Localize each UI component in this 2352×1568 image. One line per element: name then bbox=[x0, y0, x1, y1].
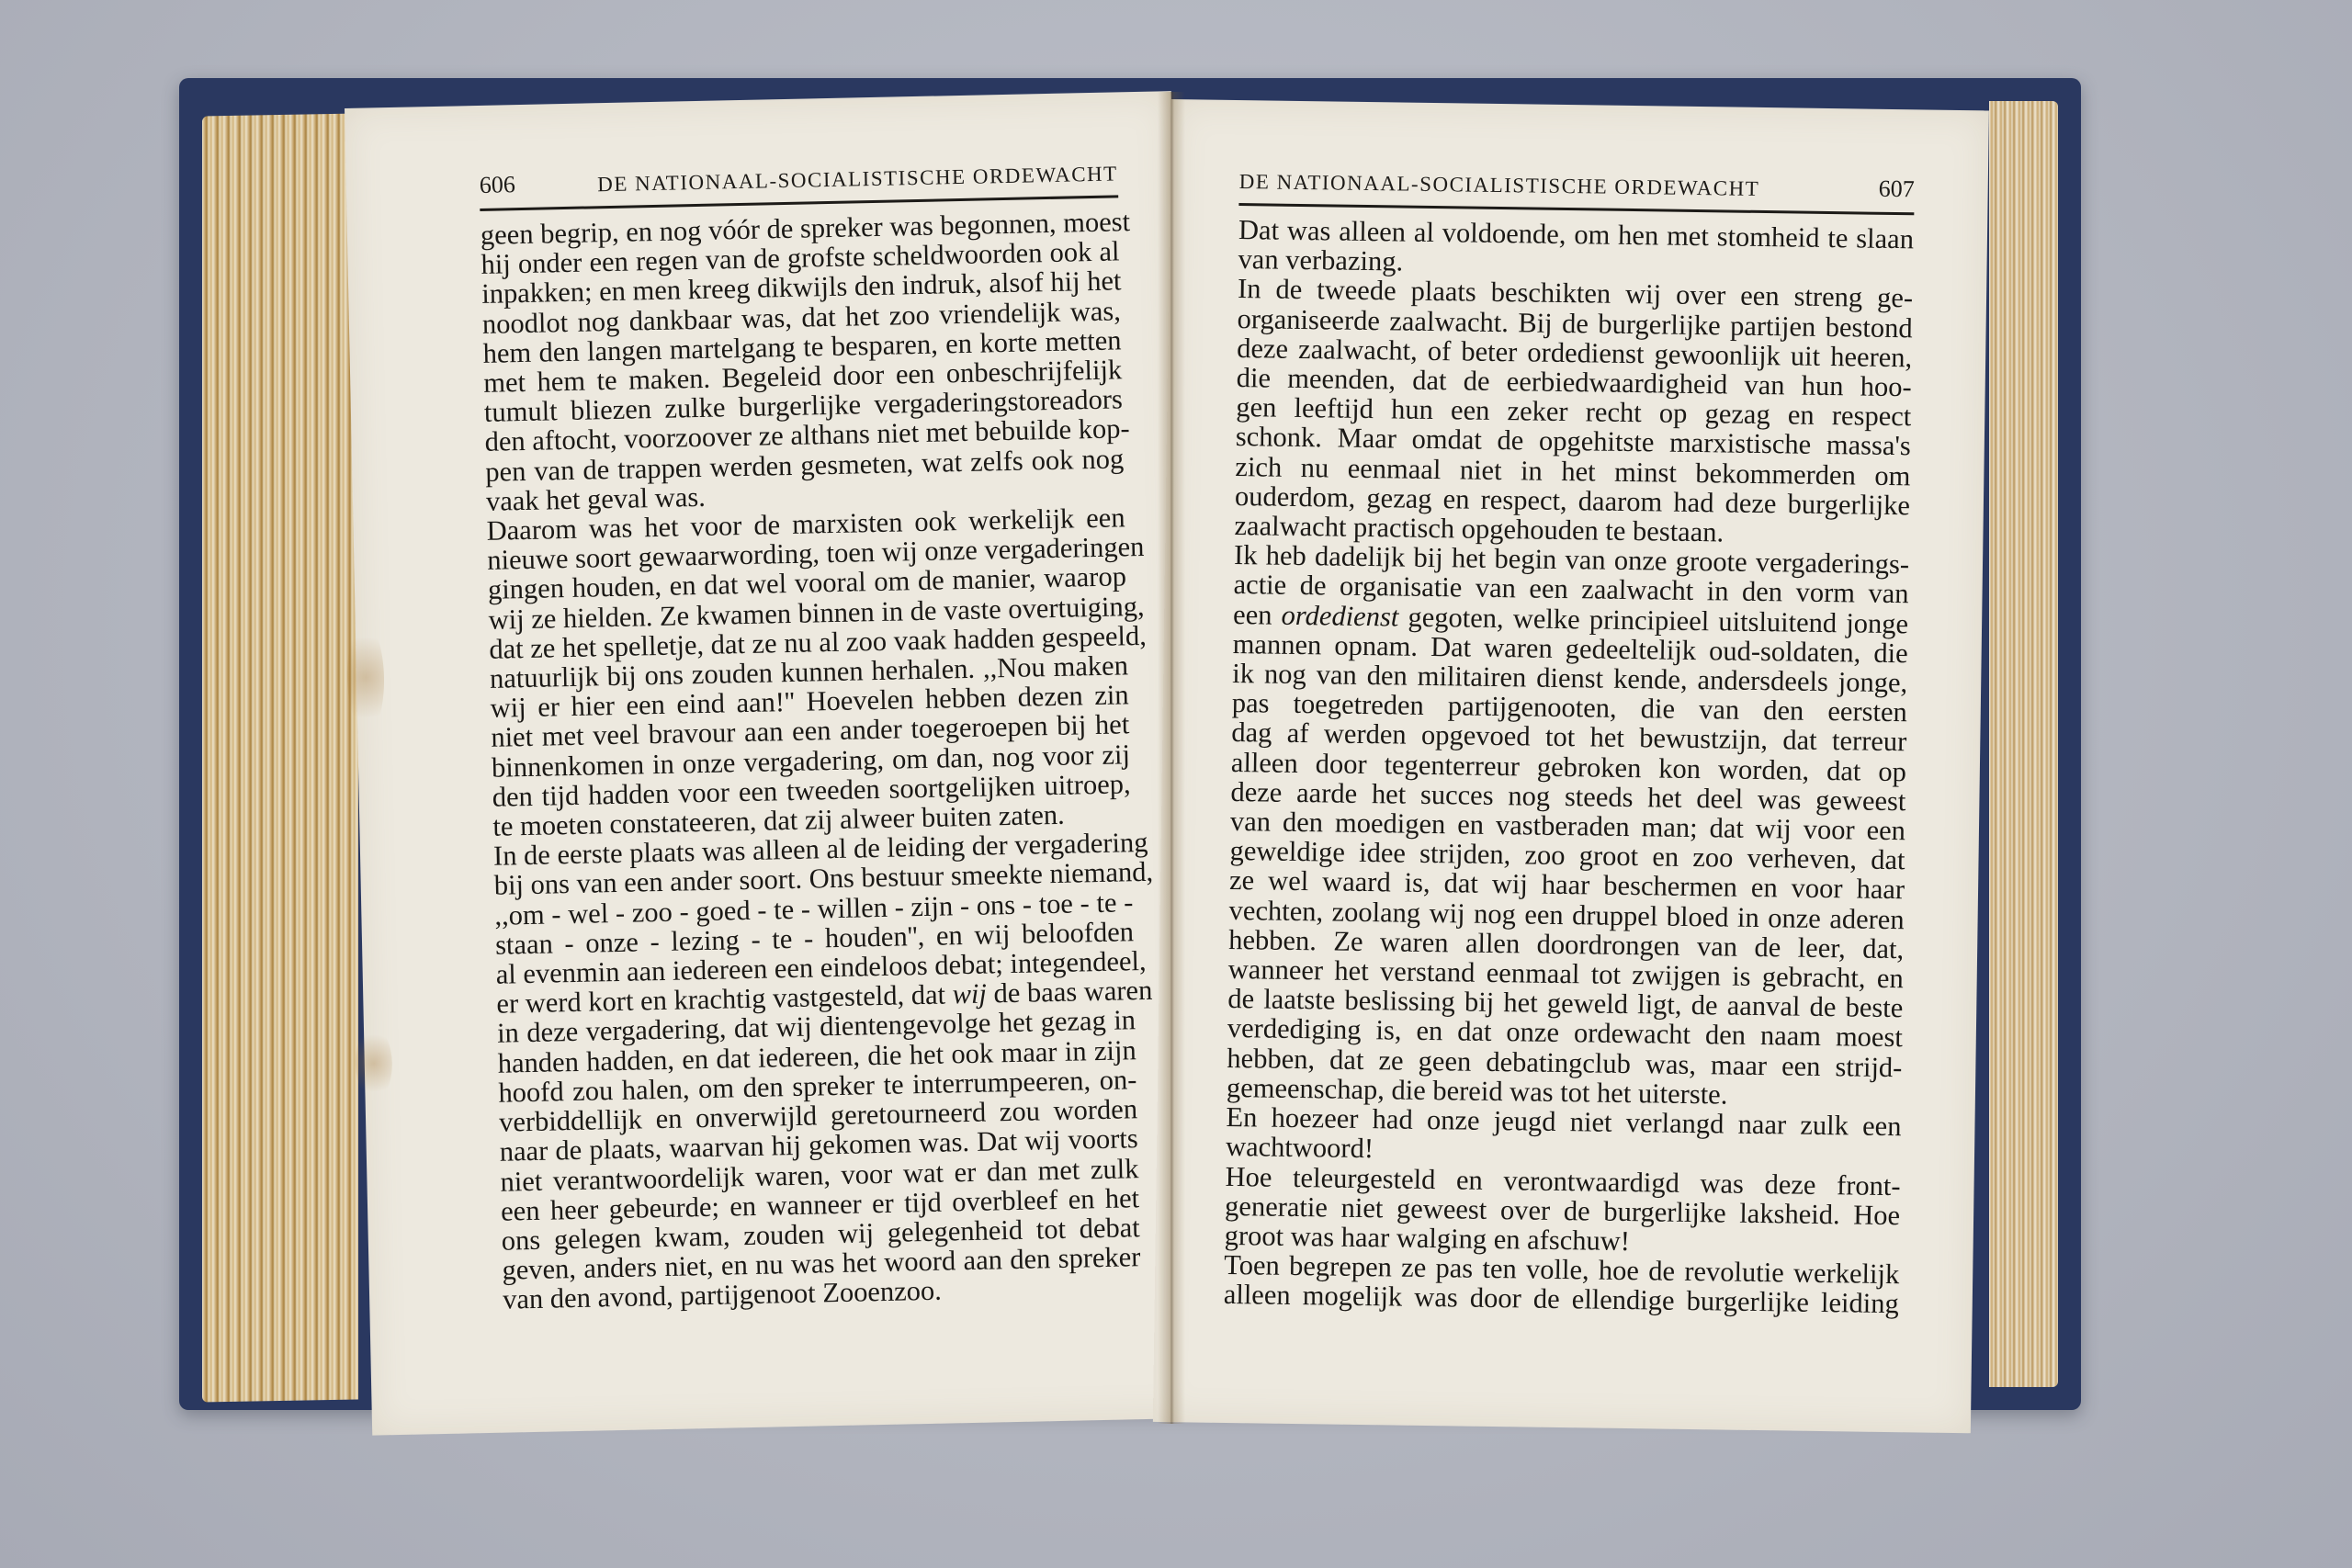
page-number: 607 bbox=[1879, 175, 1915, 204]
book-gutter bbox=[1158, 92, 1185, 1424]
running-head-left: 606 DE NATIONAAL-SOCIALISTISCHE ORDEWACH… bbox=[479, 158, 1118, 211]
running-head-title: DE NATIONAAL-SOCIALISTISCHE ORDEWACHT bbox=[1239, 170, 1760, 201]
foxing-stain bbox=[355, 1026, 393, 1100]
page-block-left-edge bbox=[202, 114, 358, 1403]
running-head-right: DE NATIONAAL-SOCIALISTISCHE ORDEWACHT 60… bbox=[1238, 166, 1915, 215]
running-head-title: DE NATIONAAL-SOCIALISTISCHE ORDEWACHT bbox=[597, 162, 1118, 197]
page-number: 606 bbox=[479, 171, 515, 199]
page-body-text: Dat was alleen al voldoende, om hen met … bbox=[1224, 215, 1915, 1319]
left-page: 606 DE NATIONAAL-SOCIALISTISCHE ORDEWACH… bbox=[345, 91, 1199, 1436]
page-body-text: geen begrip, en nog vóór de spreker was … bbox=[481, 207, 1142, 1314]
page-block-right-edge bbox=[1989, 101, 2058, 1387]
right-page: DE NATIONAAL-SOCIALISTISCHE ORDEWACHT 60… bbox=[1153, 99, 1989, 1433]
